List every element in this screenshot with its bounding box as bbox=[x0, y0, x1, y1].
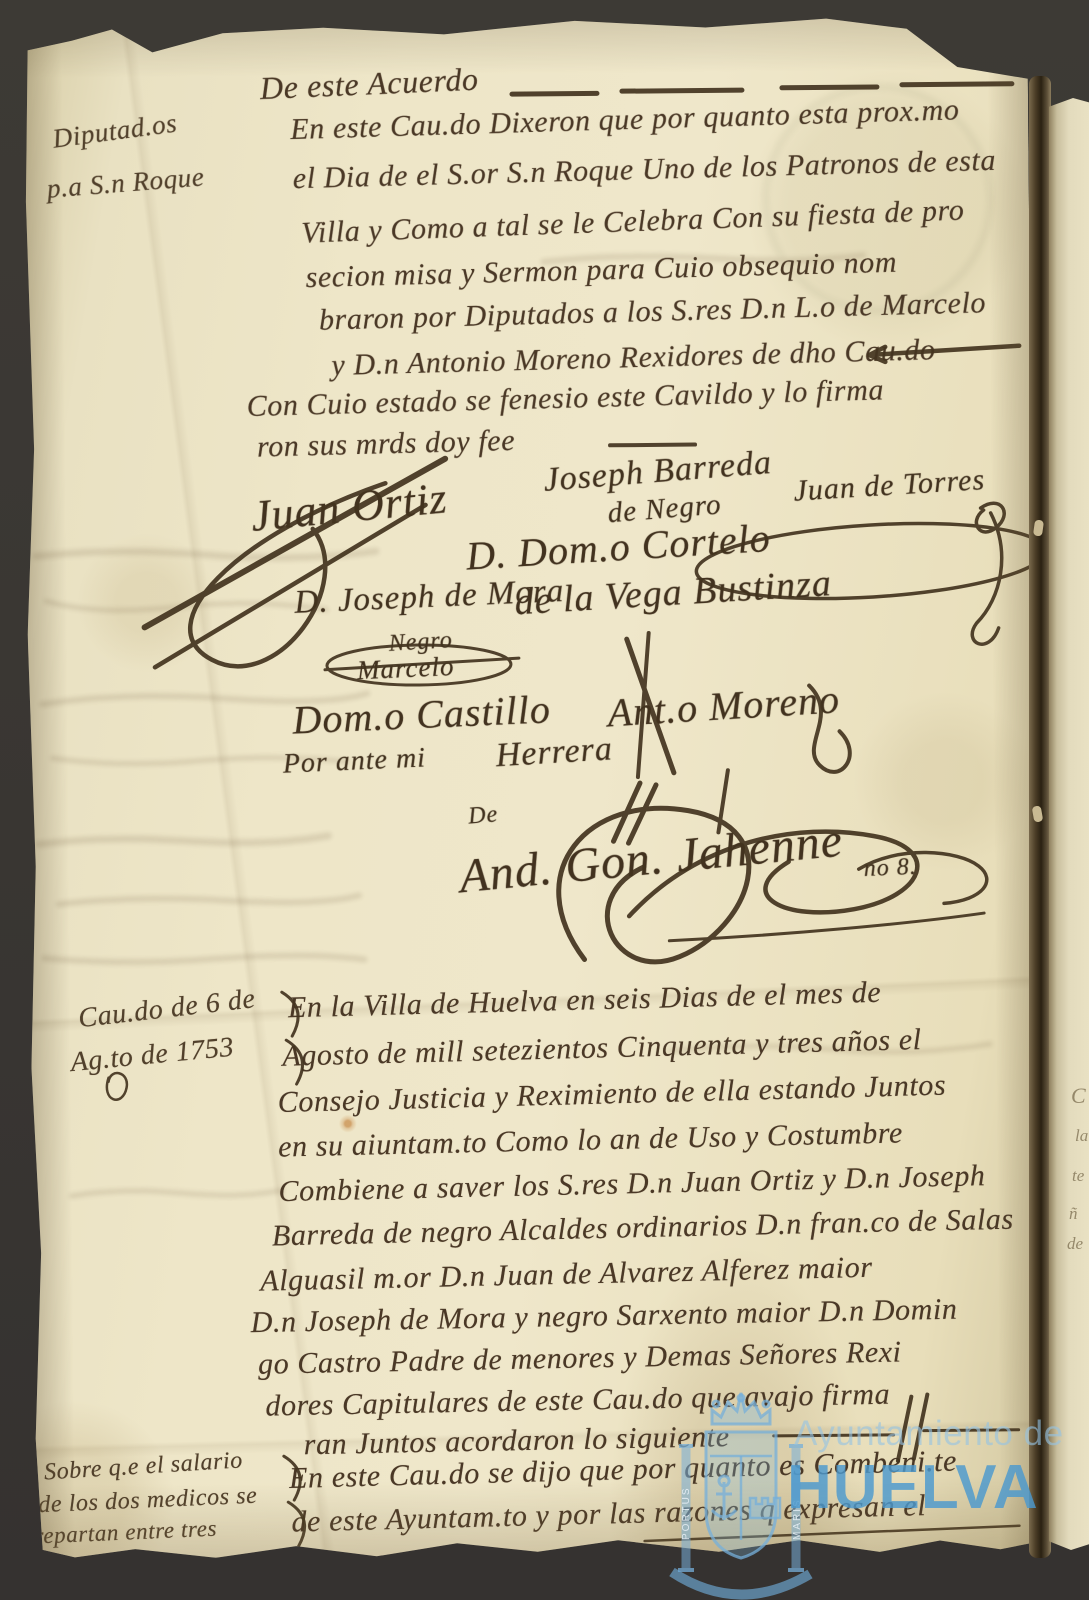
manuscript-line: D.n Joseph de Mora y negro Sarxento maio… bbox=[250, 1293, 957, 1341]
signature: Dom.o Castillo bbox=[291, 685, 551, 743]
margin-note-salario: Sobre q.e el salario bbox=[43, 1447, 243, 1486]
facing-page: C la te ñ de bbox=[1049, 98, 1089, 1550]
manuscript-line: de este Ayuntam.to y por las razones q e… bbox=[291, 1489, 927, 1540]
signature: Joseph Barreda bbox=[542, 444, 773, 500]
signature: De bbox=[467, 801, 499, 830]
manuscript-line: braron por Diputados a los S.res D.n L.o… bbox=[319, 286, 987, 337]
manuscript-line: en su aiuntam.to Como lo an de Uso y Cos… bbox=[278, 1116, 903, 1164]
signature-crossed-out: Marcelo bbox=[356, 651, 455, 686]
manuscript-line: Agosto de mill setezientos Cinquenta y t… bbox=[282, 1023, 922, 1074]
facing-page-text-fragment: la bbox=[1075, 1126, 1088, 1146]
manuscript-line: el Dia de el S.or S.n Roque Uno de los P… bbox=[292, 144, 996, 196]
manuscript-line: secion misa y Sermon para Cuio obsequio … bbox=[305, 246, 897, 295]
margin-note-cabildo-fecha: Ag.to de 1753 bbox=[69, 1032, 235, 1080]
manuscript-line: Alguasil m.or D.n Juan de Alvarez Alfere… bbox=[260, 1251, 873, 1299]
margin-note-cabildo-fecha: Cau.do de 6 de bbox=[77, 983, 257, 1035]
archive-scan: De este Acuerdo Diputad.os p.a S.n Roque… bbox=[0, 0, 1089, 1600]
signature: Herrera bbox=[495, 730, 614, 775]
margin-note-salario: de los dos medicos se bbox=[38, 1483, 258, 1520]
manuscript-line: Villa y Como a tal se le Celebra Con su … bbox=[301, 194, 965, 251]
facing-page-text-fragment: te bbox=[1072, 1166, 1084, 1186]
manuscript-line: En la Villa de Huelva en seis Dias de el… bbox=[288, 976, 882, 1026]
manuscript-line: Combiene a saver los S.res D.n Juan Orti… bbox=[278, 1159, 986, 1209]
manuscript-line: Barreda de negro Alcaldes ordinarios D.n… bbox=[272, 1203, 1015, 1254]
signature: Juan Ortiz bbox=[249, 472, 450, 542]
manuscript-line: Consejo Justicia y Reximiento de ella es… bbox=[277, 1069, 946, 1120]
manuscript-line: dores Capitulares de este Cau.do que ava… bbox=[265, 1378, 890, 1424]
facing-page-text-fragment: ñ bbox=[1069, 1204, 1078, 1224]
manuscript-line: go Castro Padre de menores y Demas Señor… bbox=[258, 1335, 902, 1381]
margin-note-salario: repartan entre tres bbox=[34, 1516, 218, 1550]
facing-page-text-fragment: de bbox=[1067, 1234, 1083, 1254]
signature: Juan de Torres bbox=[793, 463, 987, 509]
signature-rubric: And. Gon. Jahenne bbox=[457, 813, 845, 905]
signature-note: no 8. bbox=[863, 854, 917, 883]
margin-note-diputados: p.a S.n Roque bbox=[46, 161, 206, 204]
signature: Por ante mi bbox=[282, 742, 426, 780]
manuscript-line: ron sus mrds doy fee bbox=[257, 424, 516, 465]
entry1-heading: De este Acuerdo bbox=[259, 61, 479, 108]
signature: Ant.o Moreno bbox=[606, 675, 841, 736]
facing-page-text-fragment: C bbox=[1071, 1083, 1086, 1109]
margin-note-diputados: Diputad.os bbox=[51, 108, 179, 155]
manuscript-page: De este Acuerdo Diputad.os p.a S.n Roque… bbox=[21, 8, 1040, 1563]
